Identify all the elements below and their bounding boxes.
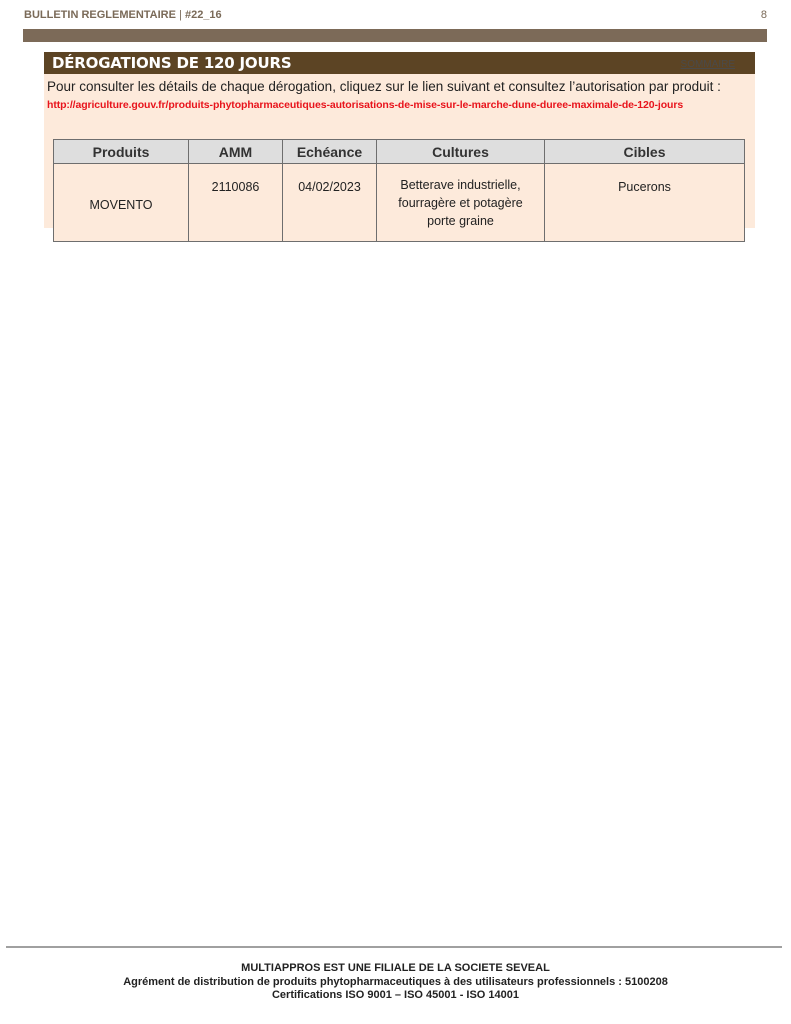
footer-company: MULTIAPPROS EST UNE FILIALE DE LA SOCIET… [0,962,791,976]
derogations-table: Produits AMM Echéance Cultures Cibles MO… [53,139,745,242]
column-header-cultures: Cultures [377,140,545,164]
header-rule [23,29,767,42]
issue-number: #22_16 [185,9,222,21]
table-row: MOVENTO 2110086 04/02/2023 Betterave ind… [54,164,745,242]
table-header-row: Produits AMM Echéance Cultures Cibles [54,140,745,164]
cell-cibles: Pucerons [545,164,745,242]
section-title-bar: DÉROGATIONS DE 120 JOURS SOMMAIRE [44,52,755,74]
column-header-cibles: Cibles [545,140,745,164]
footer-certifications: Certifications ISO 9001 – ISO 45001 - IS… [0,989,791,1003]
section-title: DÉROGATIONS DE 120 JOURS [52,54,291,72]
cell-amm: 2110086 [189,164,283,242]
cell-cultures: Betterave industrielle, fourragère et po… [377,164,545,242]
cultures-line: porte graine [378,212,543,230]
echeance-value: 04/02/2023 [298,180,361,194]
cell-echeance: 04/02/2023 [283,164,377,242]
footer-agrement: Agrément de distribution de produits phy… [0,976,791,990]
column-header-amm: AMM [189,140,283,164]
derogations-url-link[interactable]: http://agriculture.gouv.fr/produits-phyt… [47,99,747,111]
page-number: 8 [761,9,767,21]
running-header: BULLETIN REGLEMENTAIRE | #22_16 [24,9,222,21]
intro-text: Pour consulter les détails de chaque dér… [47,76,747,98]
cell-produit: MOVENTO [54,164,189,242]
cultures-line: Betterave industrielle, [378,176,543,194]
sommaire-link[interactable]: SOMMAIRE [681,59,735,70]
column-header-produits: Produits [54,140,189,164]
column-header-echeance: Echéance [283,140,377,164]
cultures-line: fourragère et potagère [378,194,543,212]
derogations-section: DÉROGATIONS DE 120 JOURS SOMMAIRE Pour c… [44,52,755,228]
footer-rule [6,946,782,948]
header-separator: | [179,9,182,21]
bulletin-title: BULLETIN REGLEMENTAIRE [24,9,176,21]
page-footer: MULTIAPPROS EST UNE FILIALE DE LA SOCIET… [0,962,791,1003]
